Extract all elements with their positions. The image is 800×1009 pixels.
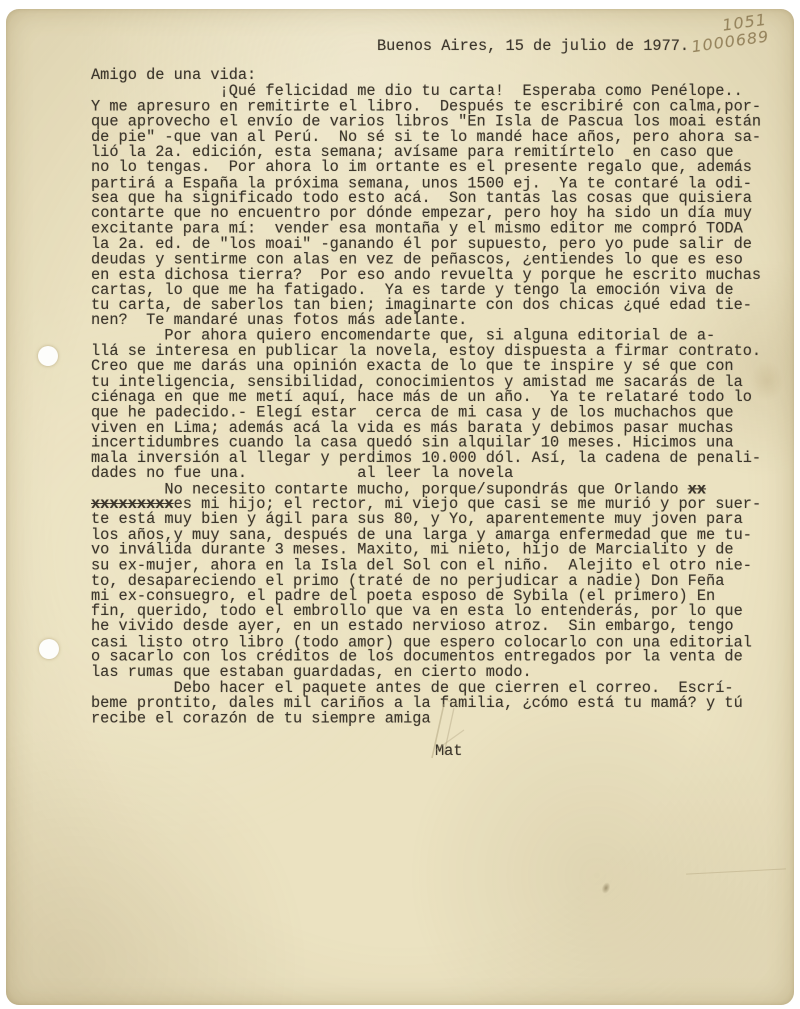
punch-hole-bottom: [39, 639, 59, 659]
letter-line: o sacarlo con los créditos de los docume…: [91, 650, 761, 665]
letter-line: partirá a España la próxima semana, unos…: [91, 176, 761, 191]
letter-text-layer: Buenos Aires, 15 de julio de 1977. Amigo…: [6, 9, 794, 1005]
stain-smudge: [750, 361, 784, 401]
letter-line: excitante para mí: vender esa montaña y …: [91, 221, 761, 236]
letter-line: que aprovecho el envío de varios libros …: [91, 114, 761, 129]
letter-line: No necesito contarte mucho, porque/supon…: [91, 482, 761, 497]
letter-line: su ex-mujer, ahora en la Isla del Sol co…: [91, 559, 761, 574]
letter-line: incertidumbres cuando la casa quedó sin …: [91, 436, 761, 451]
pencil-scribble: [406, 692, 486, 767]
date-line: Buenos Aires, 15 de julio de 1977.: [377, 39, 689, 54]
letter-body: ¡Qué felicidad me dio tu carta! Esperaba…: [91, 84, 761, 726]
letter-line: Por ahora quiero encomendarte que, si al…: [91, 328, 761, 343]
letter-line: que he padecido.- Elegí estar cerca de m…: [91, 406, 761, 421]
punch-hole-top: [38, 346, 58, 366]
letter-line: deudas y sentirme con alas en vez de peñ…: [91, 253, 761, 268]
struck-text: xx: [688, 480, 706, 498]
salutation: Amigo de una vida:: [91, 68, 256, 83]
letter-line: vo inválida durante 3 meses. Maxito, mi …: [91, 543, 761, 558]
paper-sheet: 1051 1000689 Buenos Aires, 15 de julio d…: [6, 9, 794, 1005]
scanned-letter-page: 1051 1000689 Buenos Aires, 15 de julio d…: [0, 0, 800, 1009]
